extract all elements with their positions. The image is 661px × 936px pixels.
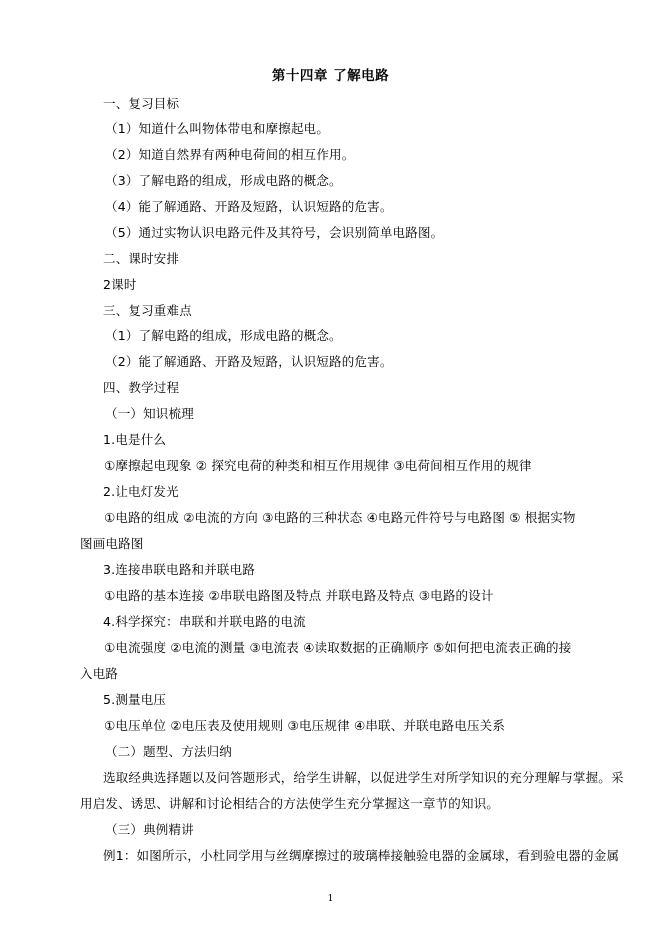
text-line: ①电压单位 ②电压表及使用规则 ③电压规律 ④串联、并联电路电压关系: [104, 718, 505, 734]
text-line: 5.测量电压: [103, 692, 166, 708]
text-line: ①摩擦起电现象 ② 探究电荷的种类和相互作用规律 ③电荷间相互作用的规律: [104, 458, 532, 474]
text-line: （三）典例精讲: [105, 822, 194, 838]
text-line: 入电路: [80, 666, 118, 682]
chapter-title: 第十四章 了解电路: [0, 67, 661, 85]
text-line: （2）能了解通路、开路及短路，认识短路的危害。: [105, 354, 393, 370]
text-line: 4.科学探究：串联和并联电路的电流: [103, 614, 306, 630]
text-line: （3）了解电路的组成，形成电路的概念。: [105, 173, 342, 189]
text-line: （二）题型、方法归纳: [105, 744, 232, 760]
text-line: （一）知识梳理: [105, 406, 194, 422]
text-line: 四、教学过程: [103, 380, 179, 396]
text-line: （4）能了解通路、开路及短路，认识短路的危害。: [105, 199, 393, 215]
text-line: （2）知道自然界有两种电荷间的相互作用。: [105, 147, 354, 163]
text-line: （5）通过实物认识电路元件及其符号，会识别简单电路图。: [105, 225, 443, 241]
text-line: 用启发、诱思、讲解和讨论相结合的方法使学生充分掌握这一章节的知识。: [80, 796, 499, 812]
text-line: （1）知道什么叫物体带电和摩擦起电。: [105, 121, 329, 137]
text-line: 3.连接串联电路和并联电路: [103, 562, 255, 578]
text-line: 例1：如图所示，小杜同学用与丝绸摩擦过的玻璃棒接触验电器的金属球，看到验电器的金…: [103, 848, 619, 864]
text-line: 三、复习重难点: [103, 303, 192, 319]
text-line: 图画电路图: [80, 536, 144, 552]
text-line: 一、复习目标: [103, 96, 179, 112]
text-line: 2.让电灯发光: [103, 484, 179, 500]
text-line: 2课时: [103, 277, 137, 293]
text-line: 1.电是什么: [103, 432, 166, 448]
text-line: ①电流强度 ②电流的测量 ③电流表 ④读取数据的正确顺序 ⑤如何把电流表正确的接: [104, 640, 571, 656]
page-number: 1: [0, 893, 661, 905]
text-line: ①电路的组成 ②电流的方向 ③电路的三种状态 ④电路元件符号与电路图 ⑤ 根据实…: [104, 510, 576, 526]
text-line: 二、课时安排: [103, 251, 179, 267]
text-line: 选取经典选择题以及问答题形式，给学生讲解，以促进学生对所学知识的充分理解与掌握。…: [103, 770, 624, 786]
document-page: 第十四章 了解电路 一、复习目标（1）知道什么叫物体带电和摩擦起电。（2）知道自…: [0, 0, 661, 936]
text-line: （1）了解电路的组成，形成电路的概念。: [105, 328, 342, 344]
text-line: ①电路的基本连接 ②串联电路图及特点 并联电路及特点 ③电路的设计: [104, 588, 494, 604]
